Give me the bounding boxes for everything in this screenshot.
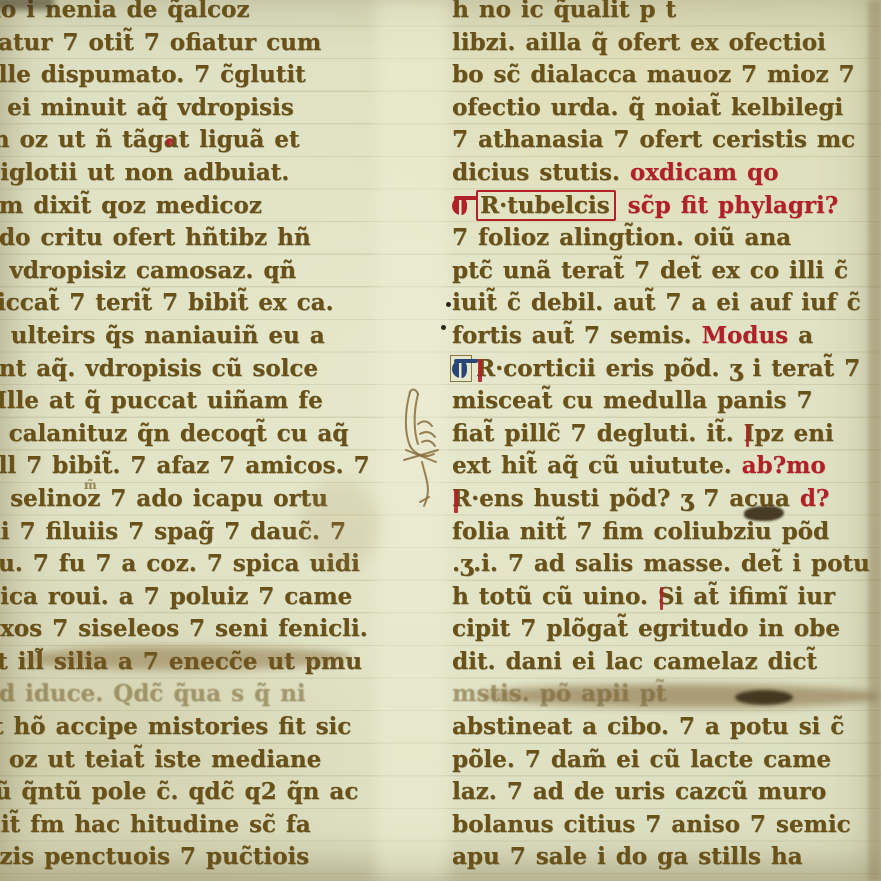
text-segment: no i nenia de q̃alcoz (0, 0, 249, 23)
text-segment: ado critu ofert hñtibz hñ (0, 224, 311, 251)
text-line: folia nitt̃ 7 fim coliubziu põd (452, 516, 881, 549)
blue-paragraph-mark (452, 357, 470, 380)
text-segment: o vdropisiz camosaz. qñ (0, 257, 296, 284)
text-line: fortis aut̃ 7 semis. Modus a (452, 320, 881, 353)
text-line: abstineat a cibo. 7 a potu si c̃ (452, 711, 881, 744)
text-line: tũ q̃ntũ pole c̃. qdc̃ q2 q̃n ac (0, 776, 394, 809)
text-segment: cu. 7 fu 7 a coz. 7 spica uidi (0, 550, 360, 577)
text-line: o vdropisiz camosaz. qñ (0, 255, 394, 288)
text-segment: bolanus citius 7 aniso 7 semic (452, 811, 851, 838)
text-line: catur 7 otit̃ 7 ofiatur cum (0, 27, 394, 60)
text-segment: it hõ accipe mistories fit sic (0, 713, 351, 740)
text-segment: fiat̃ pillc̃ 7 degluti. it̃. (452, 420, 744, 447)
text-segment: ·ens husti põd? ʒ 7 acua (471, 485, 800, 512)
text-segment: ·corticii eris põd. ʒ i terat̃ 7 (495, 355, 860, 382)
manicule-icon (396, 384, 461, 516)
text-line: S ulteirs q̃s naniauiñ eu a (0, 320, 394, 353)
text-line: R·tubelcis sc̃p fit phylagri? (452, 190, 881, 223)
interlinear-correction: m̃ (84, 478, 97, 492)
text-segment: dxos 7 siseleos 7 seni fenicli. (0, 615, 368, 642)
text-segment: in oz ut ñ tãgat liguã et (0, 126, 300, 153)
red-paragraph-mark (452, 194, 470, 217)
text-segment: ʒ ei minuit aq̃ vdropisis (0, 94, 294, 121)
text-segment: Modus (702, 322, 789, 349)
text-segment: laz. 7 ad de uris cazcũ muro (452, 778, 826, 805)
text-segment: 7 athanasia 7 ofert ceristis mc (452, 126, 855, 153)
text-line: ado critu ofert hñtibz hñ (0, 222, 394, 255)
text-line: bolanus citius 7 aniso 7 semic (452, 809, 881, 842)
text-segment: sc̃p fit phylagri? (618, 192, 839, 219)
text-segment: abstineat a cibo. 7 a potu si c̃ (452, 713, 844, 740)
text-segment: i at̃ ifimĩ iur (675, 583, 835, 610)
text-line: ozis penctuois 7 puc̃tiois (0, 841, 394, 874)
text-segment: a oz ut teiat̃ iste mediane (0, 746, 321, 773)
text-segment: ozis penctuois 7 puc̃tiois (0, 843, 309, 870)
text-line: ext hit̃ aq̃ cũ uiutute. ab?mo (452, 450, 881, 483)
text-line: d selinoz 7 ado icapu ortu (0, 483, 394, 516)
text-segment: ofectio urda. q̃ noiat̃ kelbilegi (452, 94, 843, 121)
text-line: libzi. ailla q̃ ofert ex ofectioi (452, 27, 881, 60)
text-line: e calanituz q̃n decoqt̃ cu aq̃ (0, 418, 394, 451)
text-line: mstis. põ apii pt̃ (452, 678, 881, 711)
text-segment: Ille at q̃ puccat uiñam fe (0, 387, 323, 414)
text-column-left: no i nenia de q̃alcozcatur 7 otit̃ 7 ofi… (0, 0, 394, 874)
text-line: fiat̃ pillc̃ 7 degluti. it̃. Ipz eni (452, 418, 881, 451)
text-line: uit̃ fm hac hitudine sc̃ fa (0, 809, 394, 842)
text-line: siccat̃ 7 terit̃ 7 bibit̃ ex ca. (0, 287, 394, 320)
text-segment: ell 7 bibit̃. 7 afaz 7 amicos. 7 (0, 452, 369, 479)
text-segment: libzi. ailla q̃ ofert ex ofectioi (452, 29, 826, 56)
text-segment: pz eni (754, 420, 833, 447)
text-line: hi 7 filuiis 7 spag̃ 7 dauc̃. 7 (0, 516, 394, 549)
text-segment: R·tubelcis (476, 190, 616, 221)
text-segment: ext hit̃ aq̃ cũ uiutute. (452, 452, 742, 479)
text-line: cipit 7 plõgat̃ egritudo in obe (452, 613, 881, 646)
text-segment: h totũ cũ uino. (452, 583, 658, 610)
gutter-dot (446, 302, 451, 307)
text-line: ʒ ei minuit aq̃ vdropisis (0, 92, 394, 125)
text-segment: iuit̃ c̃ debil. aut̃ 7 a ei auf iuf c̃ (452, 289, 861, 316)
text-segment: h no ic q̃ualit p t (452, 0, 676, 23)
text-segment: ad iduce. Qdc̃ q̃ua s q̃ ni (0, 680, 306, 707)
text-segment: S ulteirs q̃s naniauiñ eu a (0, 322, 325, 349)
text-segment: uit̃ fm hac hitudine sc̃ fa (0, 811, 311, 838)
text-segment: elle dispumato. 7 c̃glutit (0, 61, 306, 88)
text-line: cu. 7 fu 7 a coz. 7 spica uidi (0, 548, 394, 581)
text-segment: misceat̃ cu medulla panis 7 (452, 387, 813, 414)
text-segment: ptc̃ unã terat̃ 7 det̃ ex co illi c̃ (452, 257, 848, 284)
text-line: ptc̃ unã terat̃ 7 det̃ ex co illi c̃ (452, 255, 881, 288)
text-segment: d selinoz 7 ado icapu ortu (0, 485, 328, 512)
text-line: h no ic q̃ualit p t (452, 0, 881, 27)
text-line: dicius stutis. oxdicam qo (452, 157, 881, 190)
text-line: R·corticii eris põd. ʒ i terat̃ 7 (452, 353, 881, 386)
text-line: apu 7 sale i do ga stills ha (452, 841, 881, 874)
text-line: bo sc̃ dialacca mauoz 7 mioz 7 (452, 59, 881, 92)
text-line: Ille at q̃ puccat uiñam fe (0, 385, 394, 418)
text-line: in oz ut ñ tãgat liguã et (0, 124, 394, 157)
text-segment: fortis aut̃ 7 semis. (452, 322, 702, 349)
text-segment: I (744, 418, 755, 451)
text-segment: ant aq̃. vdropisis cũ solce (0, 355, 318, 382)
text-line: elle dispumato. 7 c̃glutit (0, 59, 394, 92)
text-segment: hi 7 filuiis 7 spag̃ 7 dauc̃. 7 (0, 518, 346, 545)
text-line: pica roui. a 7 poluiz 7 came (0, 581, 394, 614)
text-segment: siccat̃ 7 terit̃ 7 bibit̃ ex ca. (0, 289, 334, 316)
text-line: ofectio urda. q̃ noiat̃ kelbilegi (452, 92, 881, 125)
text-line: h totũ cũ uino. Si at̃ ifimĩ iur (452, 581, 881, 614)
text-line: it hõ accipe mistories fit sic (0, 711, 394, 744)
text-segment: st ill̃ silia a 7 enecc̃e ut pmu (0, 648, 362, 675)
text-line: põle. 7 dam̃ ei cũ lacte came (452, 744, 881, 777)
text-line: dxos 7 siseleos 7 seni fenicli. (0, 613, 394, 646)
text-segment: dit. dani ei lac camelaz dict̃ (452, 648, 817, 675)
text-segment: cipit 7 plõgat̃ egritudo in obe (452, 615, 840, 642)
text-segment: am dixit̃ qoz medicoz (0, 192, 262, 219)
text-line: dit. dani ei lac camelaz dict̃ (452, 646, 881, 679)
red-ink-speck (166, 138, 173, 146)
text-segment: R (476, 353, 495, 386)
text-segment: bo sc̃ dialacca mauoz 7 mioz 7 (452, 61, 855, 88)
text-line: 7 athanasia 7 ofert ceristis mc (452, 124, 881, 157)
text-segment: põle. 7 dam̃ ei cũ lacte came (452, 746, 831, 773)
text-line: am dixit̃ qoz medicoz (0, 190, 394, 223)
text-segment: pica roui. a 7 poluiz 7 came (0, 583, 352, 610)
text-segment: a (788, 322, 813, 349)
text-segment: 7 folioz alingt̃ion. oiũ ana (452, 224, 791, 251)
text-segment: ab?mo (742, 452, 826, 479)
manuscript-page: no i nenia de q̃alcozcatur 7 otit̃ 7 ofi… (0, 0, 881, 881)
text-segment: mstis. põ apii pt̃ (452, 680, 666, 707)
text-line: iuit̃ c̃ debil. aut̃ 7 a ei auf iuf c̃ (452, 287, 881, 320)
text-line: laz. 7 ad de uris cazcũ muro (452, 776, 881, 809)
text-line: a oz ut teiat̃ iste mediane (0, 744, 394, 777)
text-segment: oxdicam qo (630, 159, 779, 186)
text-line: ell 7 bibit̃. 7 afaz 7 amicos. 7 (0, 450, 394, 483)
text-column-right: h no ic q̃ualit p tlibzi. ailla q̃ ofert… (452, 0, 881, 874)
text-segment: folia nitt̃ 7 fim coliubziu põd (452, 518, 829, 545)
text-segment: catur 7 otit̃ 7 ofiatur cum (0, 29, 321, 56)
text-segment: tũ q̃ntũ pole c̃. qdc̃ q2 q̃n ac (0, 778, 358, 805)
text-segment: diglotii ut non adbuiat. (0, 159, 289, 186)
text-line: misceat̃ cu medulla panis 7 (452, 385, 881, 418)
text-segment: d? (800, 485, 830, 512)
text-line: no i nenia de q̃alcoz (0, 0, 394, 27)
text-line: ad iduce. Qdc̃ q̃ua s q̃ ni (0, 678, 394, 711)
text-segment: e calanituz q̃n decoqt̃ cu aq̃ (0, 420, 348, 447)
text-line: R·ens husti põd? ʒ 7 acua d? (452, 483, 881, 516)
text-line: 7 folioz alingt̃ion. oiũ ana (452, 222, 881, 255)
text-line: st ill̃ silia a 7 enecc̃e ut pmu (0, 646, 394, 679)
text-line: diglotii ut non adbuiat. (0, 157, 394, 190)
text-segment: dicius stutis. (452, 159, 630, 186)
gutter-dot (441, 325, 446, 330)
text-line: .ʒ.i. 7 ad salis masse. det̃ i potu (452, 548, 881, 581)
text-line: ant aq̃. vdropisis cũ solce (0, 353, 394, 386)
text-segment: apu 7 sale i do ga stills ha (452, 843, 803, 870)
text-segment: .ʒ.i. 7 ad salis masse. det̃ i potu (452, 550, 870, 577)
text-segment: S (658, 581, 675, 614)
